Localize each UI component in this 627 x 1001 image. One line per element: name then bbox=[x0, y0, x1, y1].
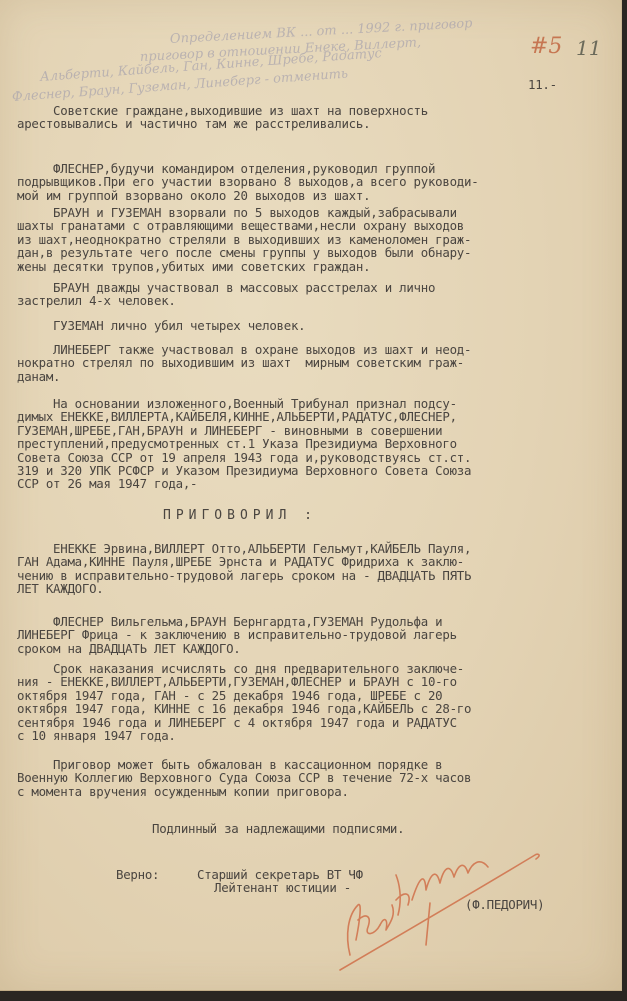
archive-mark-red: #5 bbox=[530, 34, 562, 59]
verdict-line: Приговор может быть обжалован в кассацио… bbox=[17, 758, 442, 771]
page-number: 11.- bbox=[528, 78, 557, 91]
verdict-line: октября 1947 года, КИННЕ с 16 декабря 19… bbox=[17, 702, 471, 715]
verdict-line: ФЛЕСНЕР Вильгельма,БРАУН Бернгардта,ГУЗЕ… bbox=[17, 615, 442, 628]
verdict-line: чению в исправительно-трудовой лагерь ср… bbox=[17, 569, 471, 582]
paragraph-line: арестовывались и частично там же расстре… bbox=[17, 117, 370, 130]
verdict-line: ЛИНЕБЕРГ Фрица - к заключению в исправит… bbox=[17, 628, 457, 641]
paragraph-line: шахты гранатами с отравляющими веществам… bbox=[17, 219, 464, 232]
paragraph-line: БРАУН и ГУЗЕМАН взорвали по 5 выходов ка… bbox=[17, 206, 457, 219]
paragraph-line: из шахт,неоднократно стреляли в выходивш… bbox=[17, 233, 471, 246]
verdict-heading: ПРИГОВОРИЛ : bbox=[163, 508, 317, 523]
verdict-line: ЛЕТ КАЖДОГО. bbox=[17, 582, 104, 595]
paragraph-line: БРАУН дважды участвовал в массовых расст… bbox=[17, 281, 435, 294]
verdict-line: Военную Коллегию Верховного Суда Союза С… bbox=[17, 771, 471, 784]
paragraph-line: ГУЗЕМАН,ШРЕБЕ,ГАН,БРАУН и ЛИНЕБЕРГ - вин… bbox=[17, 424, 442, 437]
paragraph-line: преступлений,предусмотренных ст.1 Указа … bbox=[17, 437, 457, 450]
paragraph-line: данам. bbox=[17, 370, 60, 383]
verdict-line: сентября 1946 года и ЛИНЕБЕРГ с 4 октябр… bbox=[17, 716, 457, 729]
paragraph-line: подрывщиков.При его участии взорвано 8 в… bbox=[17, 175, 478, 188]
verdict-line: ГАН Адама,КИННЕ Пауля,ШРЕБЕ Эрнста и РАД… bbox=[17, 555, 464, 568]
archive-mark-dark: 11 bbox=[576, 36, 601, 60]
original-signatures-note: Подлинный за надлежащими подписями. bbox=[152, 822, 404, 835]
paragraph-line: ФЛЕСНЕР,будучи командиром отделения,руко… bbox=[17, 162, 435, 175]
paragraph-line: димых ЕНЕККЕ,ВИЛЛЕРТА,КАЙБЕЛЯ,КИННЕ,АЛЬБ… bbox=[17, 410, 457, 423]
paragraph-line: Совета Союза ССР от 19 апреля 1943 года … bbox=[17, 451, 471, 464]
signature-icon bbox=[330, 845, 570, 975]
paragraph-line: 319 и 320 УПК РСФСР и Указом Президиума … bbox=[17, 464, 471, 477]
paragraph-line: Советские граждане,выходившие из шахт на… bbox=[17, 104, 428, 117]
paragraph-line: ЛИНЕБЕРГ также участвовал в охране выход… bbox=[17, 343, 471, 356]
verdict-line: ЕНЕККЕ Эрвина,ВИЛЛЕРТ Отто,АЛЬБЕРТИ Гель… bbox=[17, 542, 471, 555]
paragraph-line: дан,в результате чего после смены группы… bbox=[17, 246, 471, 259]
paragraph-line: застрелил 4-х человек. bbox=[17, 294, 176, 307]
paragraph-line: На основании изложенного,Военный Трибуна… bbox=[17, 397, 457, 410]
paragraph-line: ГУЗЕМАН лично убил четырех человек. bbox=[17, 319, 305, 332]
verdict-line: ния - ЕНЕККЕ,ВИЛЛЕРТ,АЛЬБЕРТИ,ГУЗЕМАН,ФЛ… bbox=[17, 675, 457, 688]
verdict-line: с момента вручения осужденным копии приг… bbox=[17, 785, 349, 798]
verdict-line: октября 1947 года, ГАН - с 25 декабря 19… bbox=[17, 689, 442, 702]
paragraph-line: нократно стрелял по выходившим из шахт м… bbox=[17, 356, 464, 369]
certification-label: Верно: bbox=[116, 868, 159, 881]
verdict-line: сроком на ДВАДЦАТЬ ЛЕТ КАЖДОГО. bbox=[17, 642, 241, 655]
paragraph-line: ССР от 26 мая 1947 года,- bbox=[17, 477, 197, 490]
paragraph-line: мой им группой взорвано около 20 выходов… bbox=[17, 189, 370, 202]
paragraph-line: жены десятки трупов,убитых ими советских… bbox=[17, 260, 370, 273]
verdict-line: Срок наказания исчислять со дня предвари… bbox=[17, 662, 464, 675]
verdict-line: с 10 января 1947 года. bbox=[17, 729, 176, 742]
document-page: #5 11 Определением ВК ... от ... 1992 г.… bbox=[0, 0, 622, 991]
